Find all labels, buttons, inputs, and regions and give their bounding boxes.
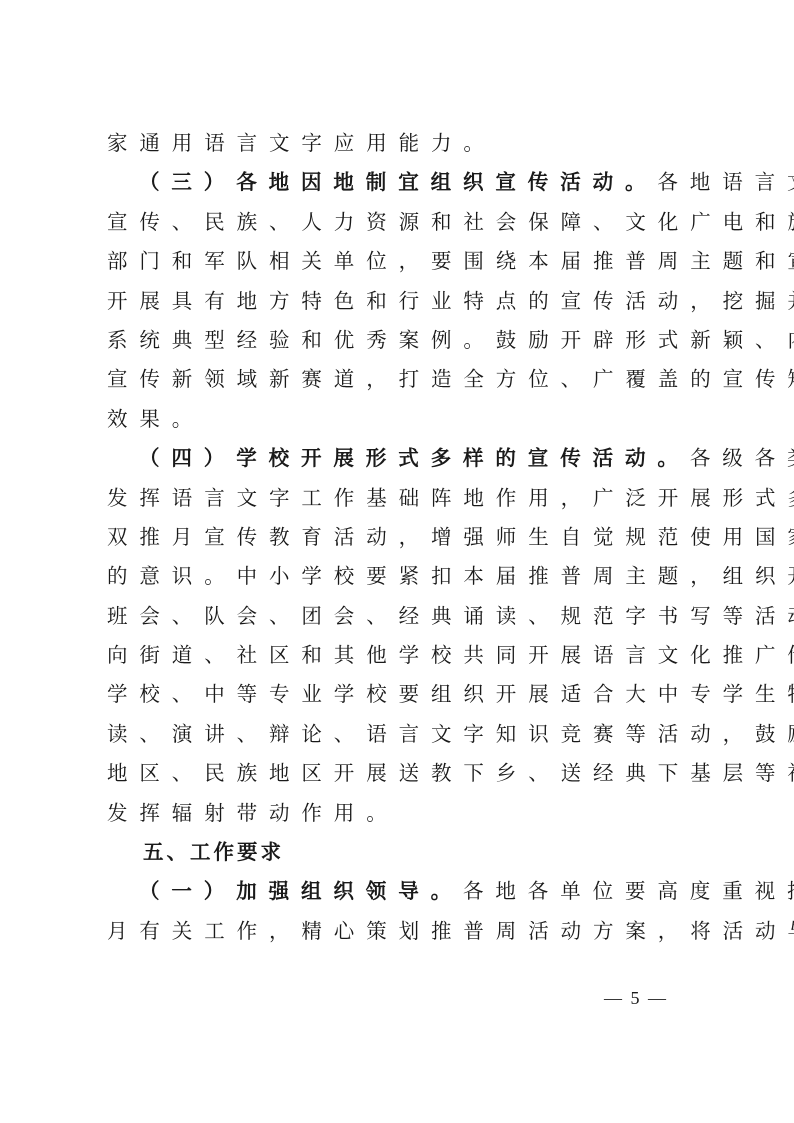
body-text: 各地语言文字、教育、 — [657, 170, 794, 194]
section-lead-4: （四）学校开展形式多样的宣传活动。 — [139, 446, 690, 470]
paragraph-line: 家通用语言文字应用能力。 — [107, 124, 693, 163]
paragraph-line: 开展具有地方特色和行业特点的宣传活动，挖掘并展示地方和本 — [107, 282, 693, 321]
section-heading-work-requirements: 五、工作要求 — [107, 833, 693, 872]
body-text: 的意识。中小学校要紧扣本届推普周主题，组织开展升旗仪式、 — [107, 564, 794, 588]
body-text: 读、演讲、辩论、语言文字知识竞赛等活动，鼓励高校面向农村 — [107, 722, 794, 746]
document-body: 家通用语言文字应用能力。 （三）各地因地制宜组织宣传活动。各地语言文字、教育、 … — [107, 124, 693, 951]
body-text: 各地各单位要高度重视推普周和双推 — [463, 879, 794, 903]
paragraph-line: 双推月宣传教育活动，增强师生自觉规范使用国家通用语言文字 — [107, 518, 693, 557]
body-text: 开展具有地方特色和行业特点的宣传活动，挖掘并展示地方和本 — [107, 289, 794, 313]
body-text: 月有关工作，精心策划推普周活动方案，将活动与庆祝新中国成 — [107, 919, 794, 943]
body-text: 系统典型经验和优秀案例。鼓励开辟形式新颖、内容多元的推普 — [107, 328, 794, 352]
body-text: 双推月宣传教育活动，增强师生自觉规范使用国家通用语言文字 — [107, 525, 794, 549]
paragraph-line: 学校、中等专业学校要组织开展适合大中专学生特点的经典诵 — [107, 675, 693, 714]
document-page: 家通用语言文字应用能力。 （三）各地因地制宜组织宣传活动。各地语言文字、教育、 … — [0, 0, 794, 1123]
body-text: 效果。 — [107, 407, 204, 431]
page-number: — 5 — — [604, 988, 668, 1009]
paragraph-line: 部门和军队相关单位，要围绕本届推普周主题和宣传重点，深入 — [107, 242, 693, 281]
body-text: 地区、民族地区开展送教下乡、送经典下基层等社会实践活动， — [107, 761, 794, 785]
subsection-paragraph-1-start: （一）加强组织领导。各地各单位要高度重视推普周和双推 — [107, 872, 693, 911]
paragraph-line: 月有关工作，精心策划推普周活动方案，将活动与庆祝新中国成 — [107, 912, 693, 951]
subsection-lead-1: （一）加强组织领导。 — [139, 879, 463, 903]
section-lead-3: （三）各地因地制宜组织宣传活动。 — [139, 170, 657, 194]
paragraph-line: 发挥辐射带动作用。 — [107, 794, 693, 833]
body-text: 发挥辐射带动作用。 — [107, 801, 399, 825]
section-paragraph-3-start: （三）各地因地制宜组织宣传活动。各地语言文字、教育、 — [107, 163, 693, 202]
body-text: 学校、中等专业学校要组织开展适合大中专学生特点的经典诵 — [107, 682, 794, 706]
body-text: 各级各类学校要充分 — [690, 446, 794, 470]
paragraph-line: 地区、民族地区开展送教下乡、送经典下基层等社会实践活动， — [107, 754, 693, 793]
section-paragraph-4-start: （四）学校开展形式多样的宣传活动。各级各类学校要充分 — [107, 439, 693, 478]
body-text: 发挥语言文字工作基础阵地作用，广泛开展形式多样的推普周和 — [107, 486, 794, 510]
paragraph-line: 班会、队会、团会、经典诵读、规范字书写等活动，提倡学校面 — [107, 597, 693, 636]
body-text: 宣传、民族、人力资源和社会保障、文化广电和旅游、共青团等 — [107, 210, 794, 234]
paragraph-line: 系统典型经验和优秀案例。鼓励开辟形式新颖、内容多元的推普 — [107, 321, 693, 360]
paragraph-line: 读、演讲、辩论、语言文字知识竞赛等活动，鼓励高校面向农村 — [107, 715, 693, 754]
paragraph-line: 的意识。中小学校要紧扣本届推普周主题，组织开展升旗仪式、 — [107, 557, 693, 596]
heading-text: 五、工作要求 — [143, 840, 284, 864]
body-text: 向街道、社区和其他学校共同开展语言文化推广传承活动；高等 — [107, 643, 794, 667]
body-text: 宣传新领域新赛道，打造全方位、广覆盖的宣传矩阵，提升宣传 — [107, 367, 794, 391]
paragraph-line: 效果。 — [107, 400, 693, 439]
paragraph-line: 宣传、民族、人力资源和社会保障、文化广电和旅游、共青团等 — [107, 203, 693, 242]
body-text: 家通用语言文字应用能力。 — [107, 131, 496, 155]
body-text: 部门和军队相关单位，要围绕本届推普周主题和宣传重点，深入 — [107, 249, 794, 273]
paragraph-line: 宣传新领域新赛道，打造全方位、广覆盖的宣传矩阵，提升宣传 — [107, 360, 693, 399]
paragraph-line: 向街道、社区和其他学校共同开展语言文化推广传承活动；高等 — [107, 636, 693, 675]
paragraph-line: 发挥语言文字工作基础阵地作用，广泛开展形式多样的推普周和 — [107, 479, 693, 518]
body-text: 班会、队会、团会、经典诵读、规范字书写等活动，提倡学校面 — [107, 604, 794, 628]
